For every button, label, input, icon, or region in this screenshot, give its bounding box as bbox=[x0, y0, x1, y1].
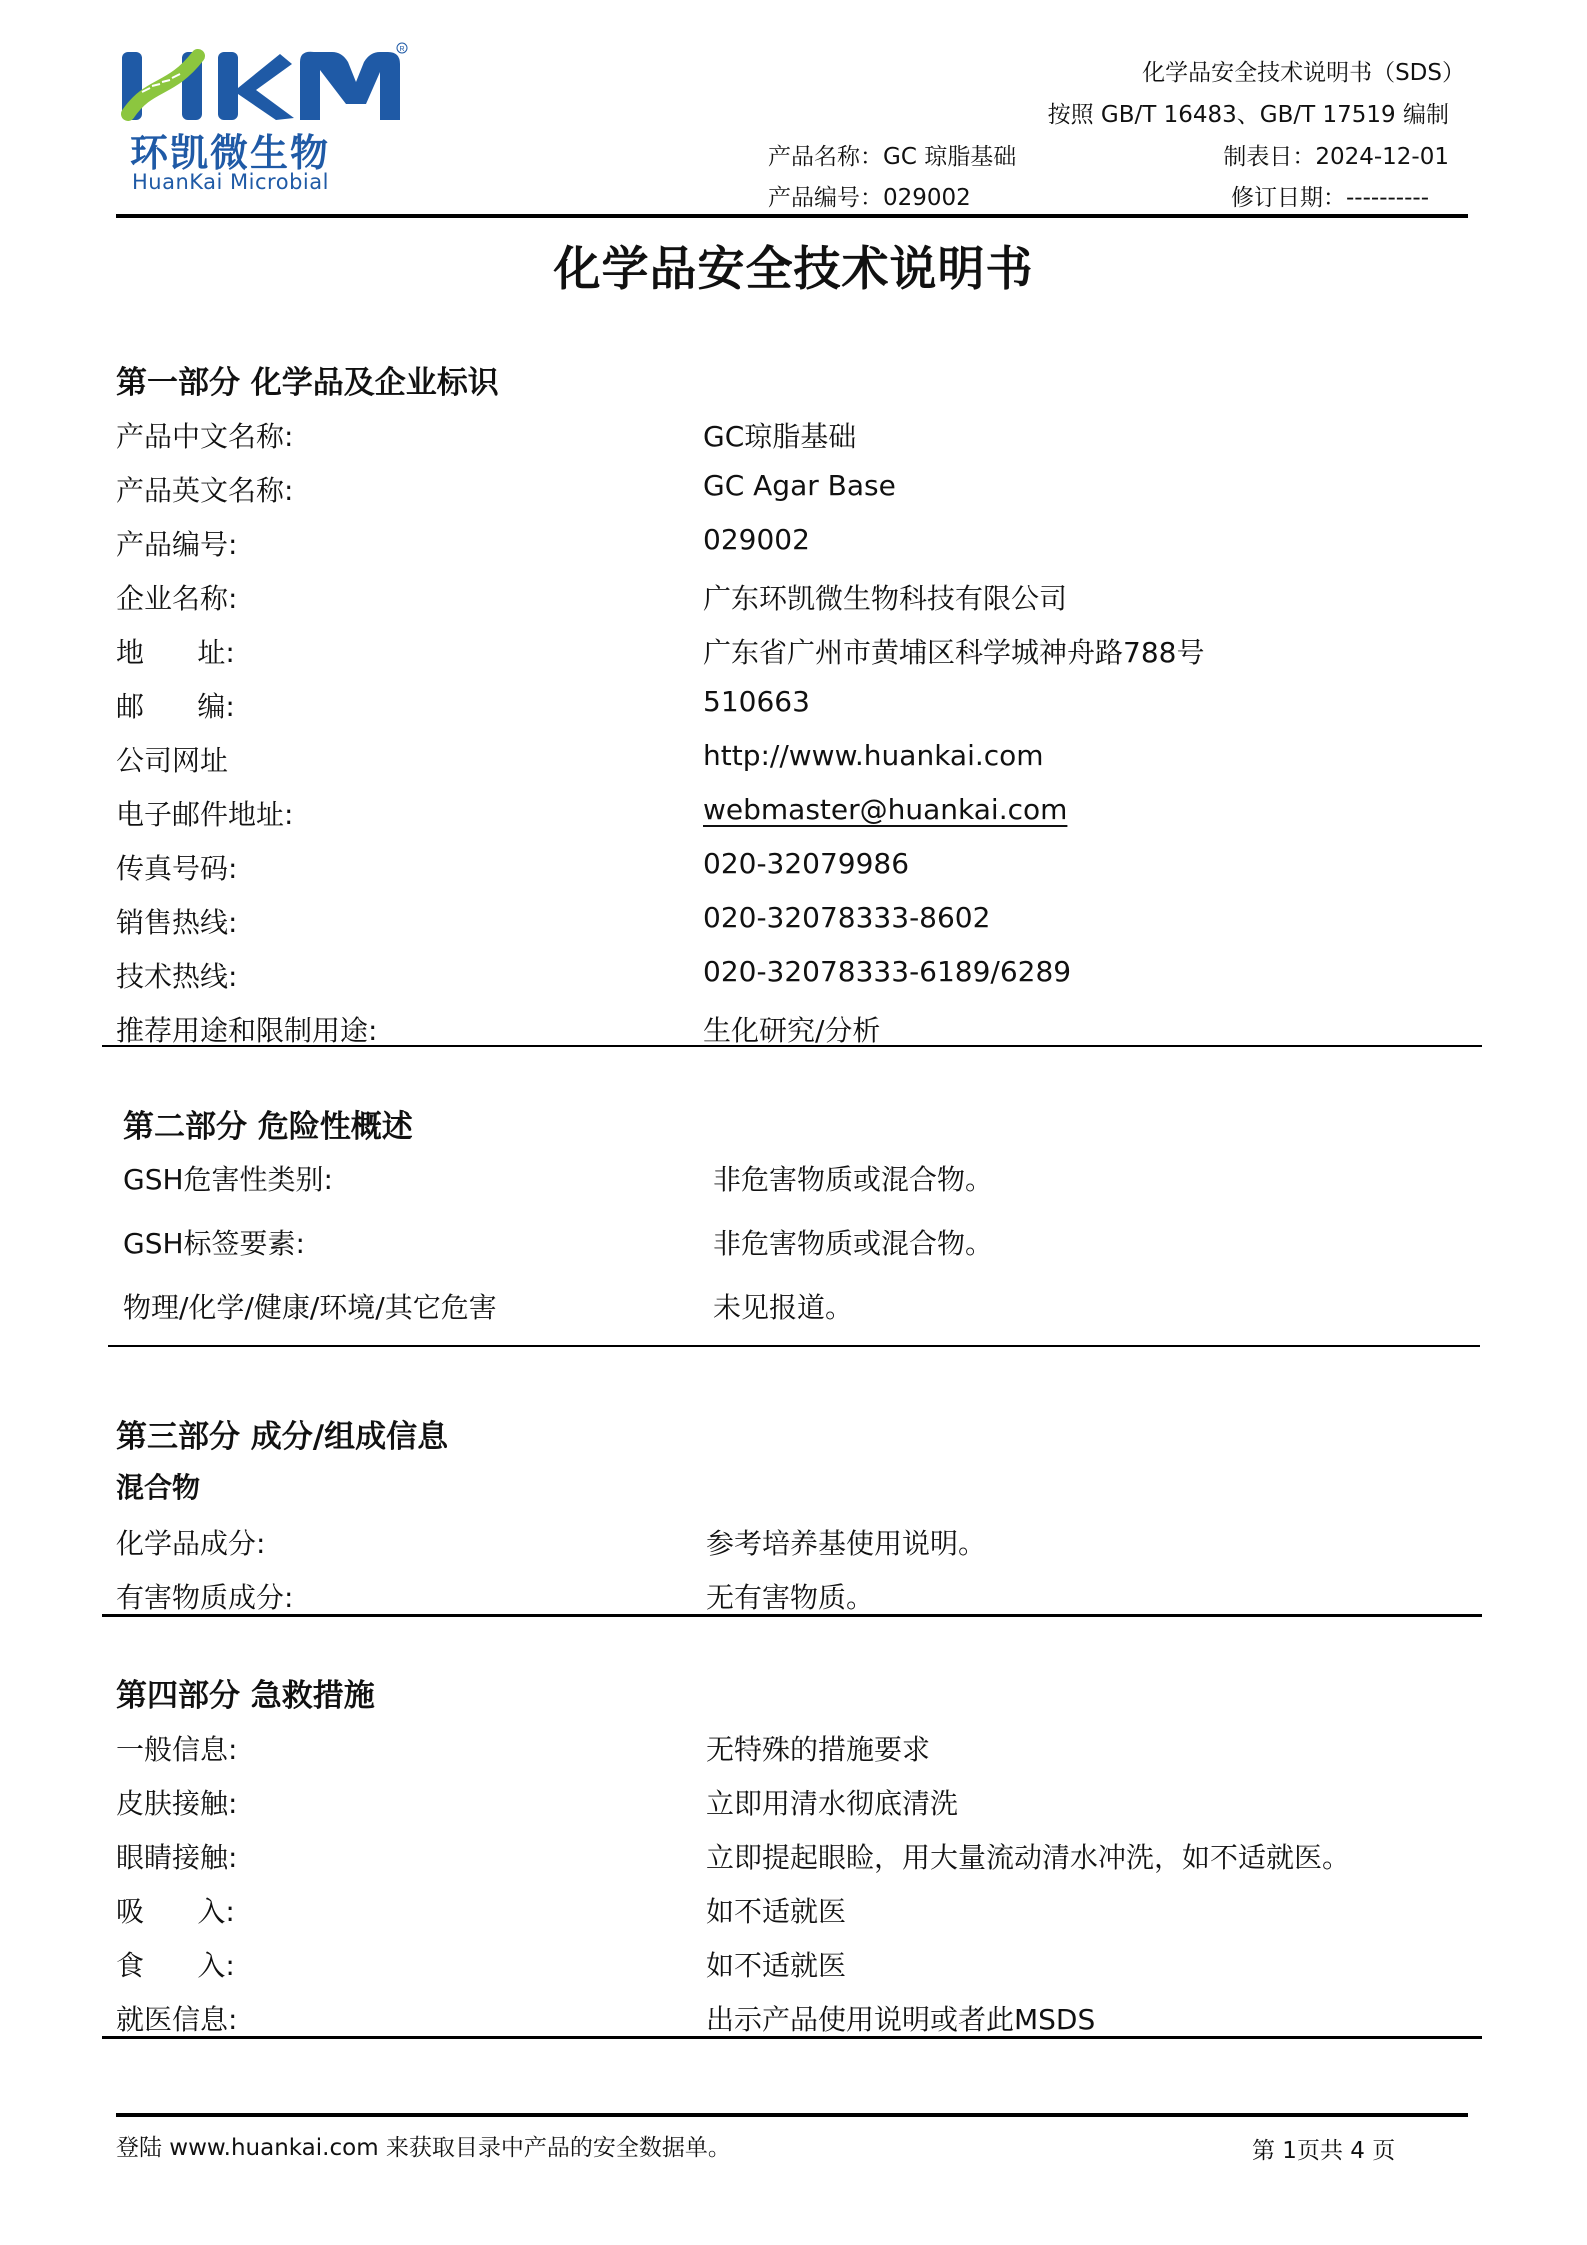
s2-label-label-elements: GSH标签要素: bbox=[123, 1222, 305, 1262]
made-date-label: 制表日： bbox=[1223, 144, 1315, 170]
s1-value-tech-hotline: 020-32078333-6189/6289 bbox=[703, 955, 1071, 988]
s4-value-medical: 出示产品使用说明或者此MSDS bbox=[706, 1998, 1095, 2038]
s3-value-hazardous: 无有害物质。 bbox=[706, 1576, 874, 1616]
s4-value-inhalation: 如不适就医 bbox=[706, 1890, 846, 1930]
s1-value-postcode: 510663 bbox=[703, 685, 810, 718]
s1-label-postcode: 邮 编: bbox=[116, 685, 235, 725]
header-revised-date: 修订日期：---------- bbox=[1231, 179, 1429, 212]
product-name-label: 产品名称： bbox=[768, 144, 883, 170]
s2-label-hazard-class: GSH危害性类别: bbox=[123, 1158, 333, 1198]
section-2-heading: 第二部分 危险性概述 bbox=[123, 1101, 413, 1146]
s1-label-email: 电子邮件地址: bbox=[116, 793, 293, 833]
section-1-divider bbox=[102, 1045, 1482, 1047]
section-3-subheading: 混合物 bbox=[116, 1466, 200, 1506]
s3-value-ingredients: 参考培养基使用说明。 bbox=[706, 1522, 986, 1562]
s1-label-en-name: 产品英文名称: bbox=[116, 469, 293, 509]
section-2-divider bbox=[108, 1345, 1480, 1347]
logo-english-name: HuanKai Microbial bbox=[132, 170, 329, 194]
footer-divider bbox=[116, 2113, 1468, 2117]
document-title: 化学品安全技术说明书 bbox=[0, 232, 1587, 299]
hkm-logo-icon: R bbox=[120, 42, 410, 122]
s1-label-website: 公司网址 bbox=[116, 739, 228, 779]
s1-label-fax: 传真号码: bbox=[116, 847, 237, 887]
s4-value-general: 无特殊的措施要求 bbox=[706, 1728, 930, 1768]
section-1-heading: 第一部分 化学品及企业标识 bbox=[116, 357, 499, 402]
s3-label-hazardous: 有害物质成分: bbox=[116, 1576, 293, 1616]
s1-label-cn-name: 产品中文名称: bbox=[116, 415, 293, 455]
product-name-value: GC 琼脂基础 bbox=[883, 144, 1016, 170]
s4-label-general: 一般信息: bbox=[116, 1728, 237, 1768]
header-made-date: 制表日：2024-12-01 bbox=[1223, 138, 1449, 171]
page-indicator: 第 1页共 4 页 bbox=[1252, 2132, 1395, 2165]
header-product-code: 产品编号：029002 bbox=[768, 179, 971, 212]
s1-value-fax: 020-32079986 bbox=[703, 847, 909, 880]
s1-value-product-code: 029002 bbox=[703, 523, 810, 556]
logo-chinese-name: 环凯微生物 bbox=[130, 122, 330, 177]
s4-value-ingestion: 如不适就医 bbox=[706, 1944, 846, 1984]
made-date-value: 2024-12-01 bbox=[1315, 144, 1449, 170]
s1-label-usage: 推荐用途和限制用途: bbox=[116, 1009, 377, 1049]
s4-value-skin: 立即用清水彻底清洗 bbox=[706, 1782, 958, 1822]
product-code-label: 产品编号： bbox=[768, 185, 883, 211]
header-standard: 按照 GB/T 16483、GB/T 17519 编制 bbox=[1048, 96, 1449, 129]
s4-label-ingestion: 食 入: bbox=[116, 1944, 235, 1984]
section-3-divider bbox=[102, 1614, 1482, 1617]
section-4-heading: 第四部分 急救措施 bbox=[116, 1670, 375, 1715]
s1-label-company: 企业名称: bbox=[116, 577, 237, 617]
s4-value-eye: 立即提起眼睑，用大量流动清水冲洗，如不适就医。 bbox=[706, 1836, 1350, 1876]
s1-label-address: 地 址: bbox=[116, 631, 235, 671]
s2-value-other-hazards: 未见报道。 bbox=[713, 1286, 853, 1326]
section-3-heading: 第三部分 成分/组成信息 bbox=[116, 1411, 448, 1456]
s4-label-skin: 皮肤接触: bbox=[116, 1782, 237, 1822]
header-product-name: 产品名称：GC 琼脂基础 bbox=[768, 138, 1016, 171]
s2-value-hazard-class: 非危害物质或混合物。 bbox=[713, 1158, 993, 1198]
section-4-divider bbox=[102, 2036, 1482, 2039]
revised-date-label: 修订日期： bbox=[1231, 185, 1346, 211]
s4-label-inhalation: 吸 入: bbox=[116, 1890, 235, 1930]
footer-note: 登陆 www.huankai.com 来获取目录中产品的安全数据单。 bbox=[116, 2129, 731, 2162]
header-divider bbox=[116, 214, 1468, 218]
revised-date-value: ---------- bbox=[1346, 185, 1429, 211]
product-code-value: 029002 bbox=[883, 185, 971, 211]
s1-label-product-code: 产品编号: bbox=[116, 523, 237, 563]
s1-label-sales-hotline: 销售热线: bbox=[116, 901, 237, 941]
header-doc-type: 化学品安全技术说明书（SDS） bbox=[1142, 54, 1465, 87]
s1-value-sales-hotline: 020-32078333-8602 bbox=[703, 901, 990, 934]
registered-mark: R bbox=[399, 46, 404, 53]
company-logo: R 环凯微生物 HuanKai Microbial bbox=[120, 42, 410, 192]
s4-label-medical: 就医信息: bbox=[116, 1998, 237, 2038]
s1-label-tech-hotline: 技术热线: bbox=[116, 955, 237, 995]
s1-value-en-name: GC Agar Base bbox=[703, 469, 896, 502]
s1-value-address: 广东省广州市黄埔区科学城神舟路788号 bbox=[703, 631, 1204, 671]
s2-label-other-hazards: 物理/化学/健康/环境/其它危害 bbox=[123, 1286, 497, 1326]
s1-email-link[interactable]: webmaster@huankai.com bbox=[703, 793, 1067, 826]
s2-value-label-elements: 非危害物质或混合物。 bbox=[713, 1222, 993, 1262]
s1-value-usage: 生化研究/分析 bbox=[703, 1009, 880, 1049]
s1-value-website[interactable]: http://www.huankai.com bbox=[703, 739, 1044, 772]
s4-label-eye: 眼睛接触: bbox=[116, 1836, 237, 1876]
s1-value-company: 广东环凯微生物科技有限公司 bbox=[703, 577, 1067, 617]
s3-label-ingredients: 化学品成分: bbox=[116, 1522, 265, 1562]
s1-value-cn-name: GC琼脂基础 bbox=[703, 415, 856, 455]
